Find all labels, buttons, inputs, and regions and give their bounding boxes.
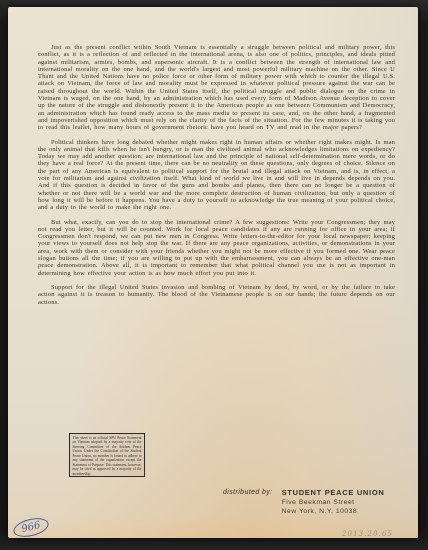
leaflet-body-text: Just as the present conflict within Sout… — [38, 44, 395, 313]
paragraph-suggestions: But what, exactly, can you do to stop th… — [38, 219, 395, 277]
distributed-by-label: distributed by: — [223, 488, 273, 496]
distribution-block: distributed by: STUDENT PEACE UNION Five… — [223, 488, 384, 515]
leaflet-page: Just as the present conflict within Sout… — [8, 7, 418, 538]
address-street: Five Beekman Street — [282, 499, 385, 506]
handwritten-catalog-number: 966 — [11, 515, 50, 540]
fine-print-text: This sheet is an official SPU Peace Stat… — [73, 436, 142, 476]
organization-name: STUDENT PEACE UNION — [282, 488, 385, 497]
spu-statement-fine-print-box: This sheet is an official SPU Peace Stat… — [69, 433, 145, 477]
distributor-info: STUDENT PEACE UNION Five Beekman Street … — [282, 488, 385, 515]
paragraph-intro-conflict: Just as the present conflict within Sout… — [38, 44, 395, 132]
paragraph-closing: Support for the illegal United States in… — [38, 284, 395, 306]
paragraph-political-thinkers: Political thinkers have long debated whe… — [38, 139, 395, 212]
handwritten-accession-number: 2013.20.65 — [342, 530, 393, 538]
scan-background: Just as the present conflict within Sout… — [0, 0, 428, 550]
address-city-zip: New York, N.Y. 10038 — [282, 508, 385, 515]
